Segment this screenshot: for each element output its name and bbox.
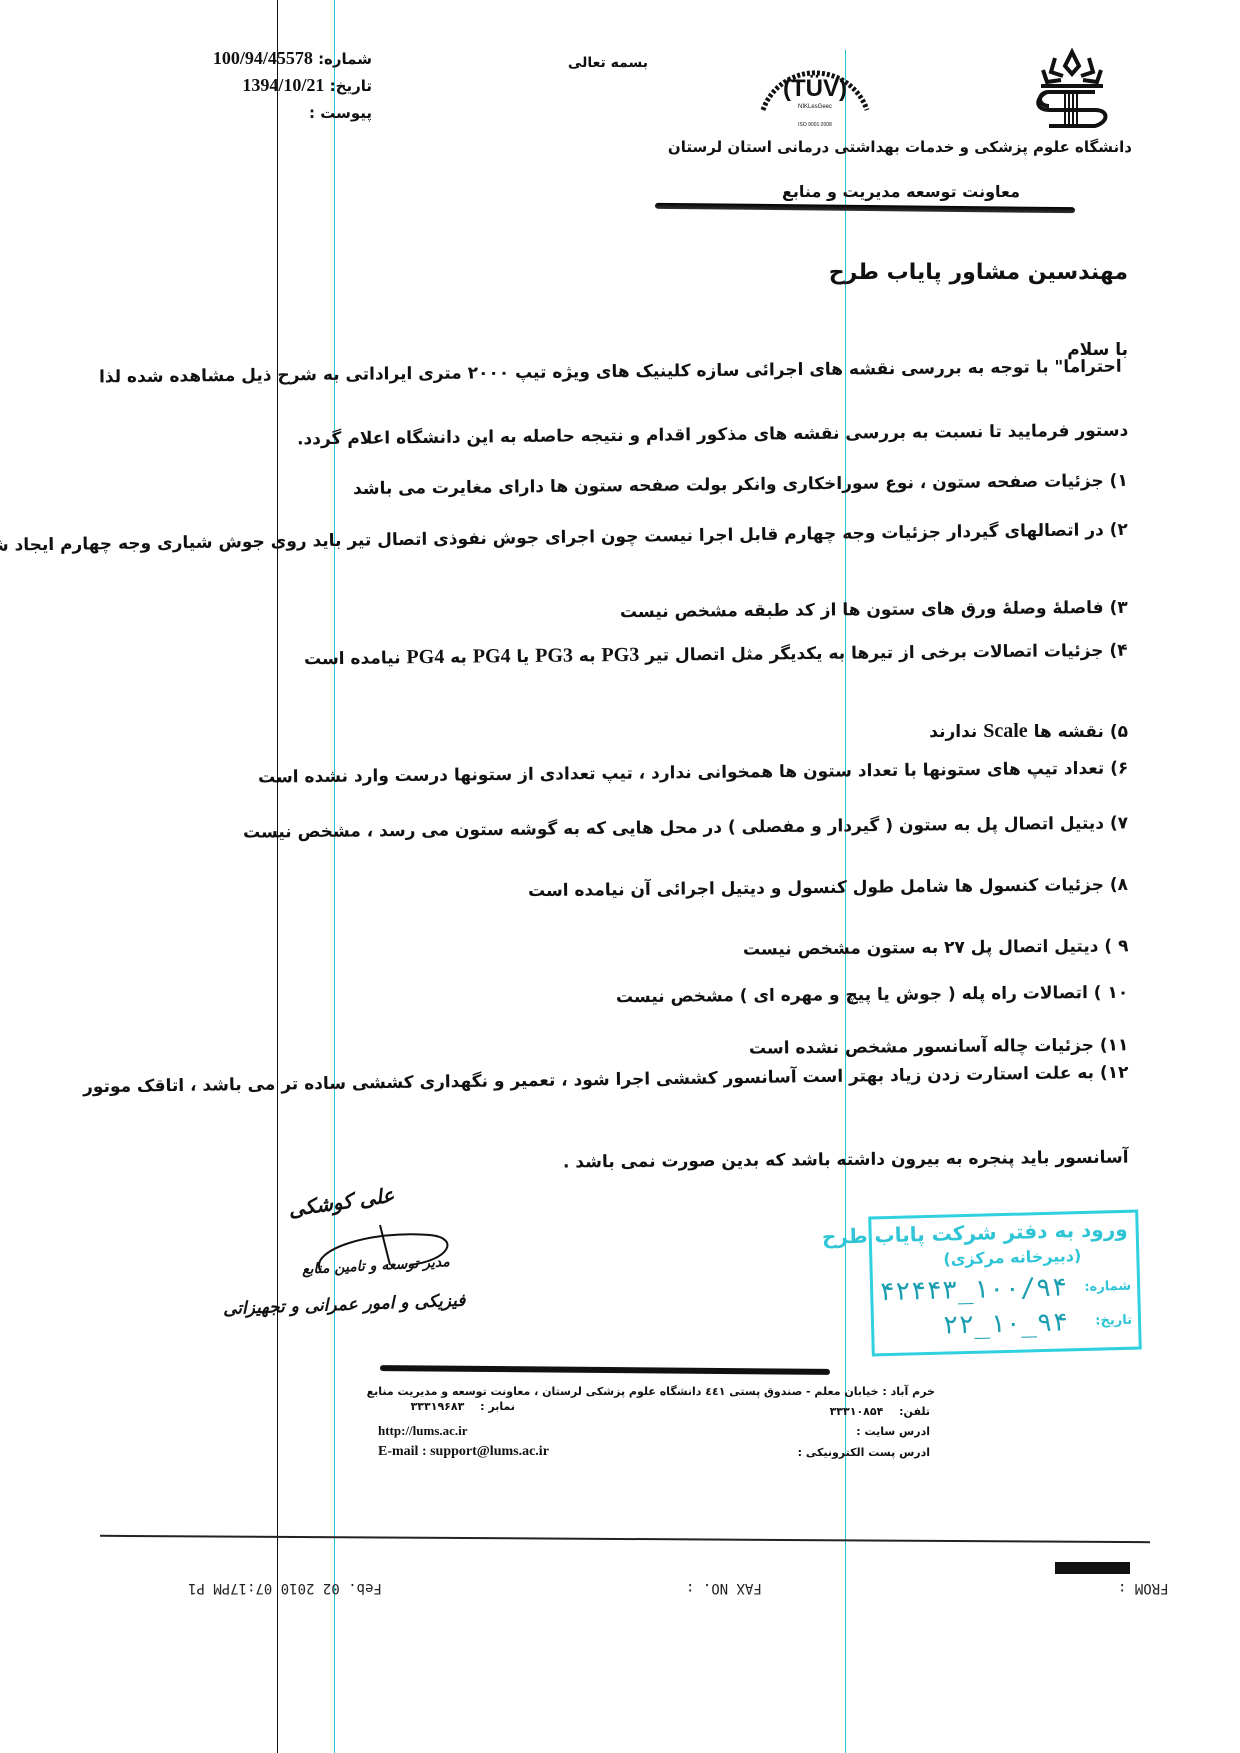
intro-line-2: دستور فرمایید تا نسبت به بررسی نقشه های … — [297, 421, 1128, 450]
signature-title-line-2: فیزیکی و امور عمرانی و تجهیزاتی — [222, 1291, 465, 1319]
footer-divider — [380, 1365, 830, 1375]
scan-line-left — [277, 0, 278, 1753]
item-11: ۱۱) جزئیات چاله آسانسور مشخص نشده است — [749, 1035, 1129, 1058]
item-4-text-c: یا — [511, 647, 536, 667]
fax-timestamp: Feb. 02 2010 07:17PM P1 — [188, 1580, 382, 1596]
item-4-pg3a: PG3 — [602, 644, 640, 666]
stamp-date-value: ۹۴_۱۰_۲۲ — [942, 1307, 1068, 1340]
signature-name: علی کوشکی — [287, 1183, 396, 1222]
date-label: تاریخ: — [330, 77, 372, 95]
intro-line-1: احتراما" با توجه به بررسی نقشه های اجرائ… — [99, 357, 1122, 388]
item-4: ۴) جزئیات اتصالات برخی از تیرها به یکدیگ… — [304, 639, 1128, 671]
footer-address: خرم آباد : خیابان معلم - صندوق پستی ٤٤١ … — [367, 1385, 935, 1398]
letter-date: تاریخ: 1394/10/21 — [236, 75, 372, 96]
stamp-number-value: ۱۰۰/۹۴_۴۲۴۴۳ — [879, 1272, 1068, 1307]
fax-number-label: FAX NO. : — [686, 1580, 762, 1596]
letter-number: شماره: 100/94/45578 — [207, 48, 372, 69]
item-8: ۸) جزئیات کنسول ها شامل طول کنسول و دیتی… — [528, 875, 1128, 901]
header-divider — [655, 203, 1075, 213]
item-4-text-e: نیامده است — [304, 648, 407, 669]
university-logo — [1035, 48, 1110, 133]
item-10: ۱۰ ) اتصالات راه پله ( جوش یا پیچ و مهره… — [616, 983, 1128, 1007]
stamp-line-1: ورود به دفتر شرکت پایاب طرح — [822, 1217, 1128, 1249]
footer-phone: تلفن: ۳۳۳۱۰۸۵۴ — [830, 1405, 930, 1418]
phone-value: ۳۳۳۱۰۸۵۴ — [830, 1405, 884, 1418]
fax-value: ۳۳۳۱۹۶۸۳ — [411, 1400, 465, 1413]
item-3: ۳) فاصلهٔ وصلهٔ ورق های ستون ها از کد طب… — [620, 598, 1128, 622]
item-7: ۷) دیتیل اتصال پل به ستون ( گیردار و مفص… — [243, 813, 1128, 842]
item-4-pg4b: PG4 — [407, 646, 445, 668]
item-4-pg4a: PG4 — [473, 645, 511, 667]
footer-email-label: ادرس پست الکترونیکی : — [798, 1446, 930, 1459]
stamp-line-2: (دبیرخانه مرکزی) — [943, 1246, 1081, 1269]
university-name: دانشگاه علوم پزشکی و خدمات بهداشتی درمان… — [668, 138, 1132, 156]
fax-redaction — [1055, 1562, 1130, 1574]
item-4-text-d: به — [445, 648, 474, 668]
date-value: 1394/10/21 — [242, 75, 324, 95]
number-label: شماره: — [318, 50, 372, 68]
recipient: مهندسین مشاور پایاب طرح — [829, 260, 1128, 285]
item-12-continued: آسانسور باید پنجره به بیرون داشته باشد ک… — [562, 1148, 1128, 1173]
item-2: ۲) در اتصالهای گیردار جزئیات وجه چهارم ق… — [0, 520, 1128, 556]
footer-website-label: ادرس سایت : — [856, 1425, 930, 1438]
letter-attachment: پیوست : — [309, 104, 372, 122]
scan-line-cyan-right — [845, 50, 846, 1753]
fax-from-label: FROM : — [1118, 1580, 1169, 1596]
item-12: ۱۲) به علت استارت زدن زیاد بهتر است آسان… — [82, 1063, 1128, 1098]
item-9: ۹ ) دیتیل اتصال پل ۲۷ به ستون مشخص نیست — [742, 936, 1128, 959]
received-stamp: ورود به دفتر شرکت پایاب طرح (دبیرخانه مر… — [868, 1209, 1142, 1356]
fax-label: نمابر : — [480, 1400, 515, 1413]
footer-website[interactable]: http://lums.ac.ir — [378, 1423, 468, 1439]
department-name: معاونت توسعه مدیریت و منابع — [782, 182, 1020, 201]
number-value: 100/94/45578 — [213, 48, 313, 68]
item-1: ۱) جزئیات صفحه ستون ، نوع سوراخکاری وانک… — [353, 471, 1128, 499]
phone-label: تلفن: — [899, 1405, 930, 1418]
item-5-text-b: ندارند — [929, 722, 983, 742]
item-4-text-a: ۴) جزئیات اتصالات برخی از تیرها به یکدیگ… — [640, 641, 1129, 666]
basmala: بسمه تعالی — [568, 55, 648, 71]
svg-text:NIKLesGeec: NIKLesGeec — [798, 104, 832, 110]
attachment-label: پیوست : — [309, 104, 372, 122]
item-4-text-b: به — [573, 646, 602, 666]
scan-line-cyan-left — [334, 0, 335, 1753]
svg-text:(TÜV): (TÜV) — [783, 75, 847, 102]
item-5-scale: Scale — [983, 720, 1027, 742]
item-6: ۶) تعداد تیپ های ستونها با تعداد ستون ها… — [258, 758, 1128, 787]
stamp-date-label: تاریخ: — [1095, 1313, 1132, 1329]
stamp-number-label: شماره: — [1084, 1279, 1131, 1295]
item-4-pg3b: PG3 — [535, 644, 573, 666]
svg-text:ISO 9001:2008: ISO 9001:2008 — [798, 122, 832, 128]
item-5-text-a: ۵) نقشه ها — [1028, 722, 1128, 742]
footer-email[interactable]: E-mail : support@lums.ac.ir — [378, 1444, 549, 1460]
item-5: ۵) نقشه ها Scale ندارند — [929, 720, 1128, 743]
fax-divider — [100, 1535, 1150, 1543]
footer-fax: نمابر : ۳۳۳۱۹۶۸۳ — [411, 1400, 515, 1413]
tuv-certification-logo: (TÜV) NIKLesGeec ISO 9001:2008 — [755, 50, 875, 130]
